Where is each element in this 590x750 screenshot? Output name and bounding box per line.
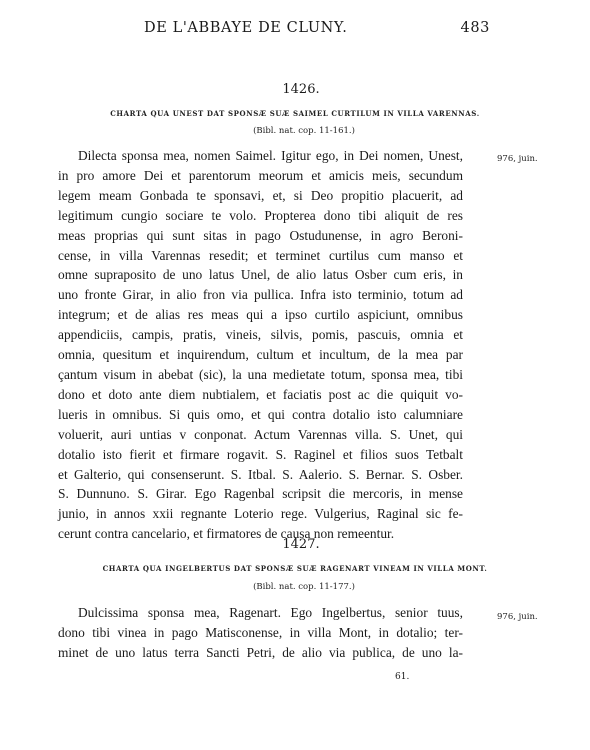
text-line: omnia, quesitum et inquirendum, cultum e… bbox=[58, 345, 463, 365]
charter-number: 1427. bbox=[0, 537, 590, 552]
text-line: cense, in villa Varennas resedit; et ter… bbox=[58, 246, 463, 266]
page-number: 483 bbox=[461, 20, 490, 36]
text-line: Dulcissima sponsa mea, Ragenart. Ego Ing… bbox=[58, 603, 463, 623]
text-line: meas proprias qui sunt sitas in pago Ost… bbox=[58, 226, 463, 246]
text-line: Dilecta sponsa mea, nomen Saimel. Igitur… bbox=[58, 146, 463, 166]
text-line: junio, in annos xxii regnante Loterio re… bbox=[58, 504, 463, 524]
text-line: omne supraposito de uno latus Unel, de a… bbox=[58, 265, 463, 285]
text-line: legem meam Gonbada te sponsavi, et, si D… bbox=[58, 186, 463, 206]
margin-date: 976, juin. bbox=[497, 612, 538, 622]
charter-title: CHARTA QUA INGELBERTUS DAT SPONSÆ SUÆ RA… bbox=[0, 564, 590, 573]
text-line: dono et doto ante diem nubtialem, et fac… bbox=[58, 385, 463, 405]
margin-date: 976, juin. bbox=[497, 154, 538, 164]
text-line: çantum visum in abebat (sic), la una med… bbox=[58, 365, 463, 385]
running-head-title: DE L'ABBAYE DE CLUNY. bbox=[144, 20, 347, 36]
text-line: S. Dunnuno. S. Girar. Ego Ragenbal scrip… bbox=[58, 484, 463, 504]
charter-body: Dilecta sponsa mea, nomen Saimel. Igitur… bbox=[58, 146, 463, 544]
signature-mark: 61. bbox=[395, 672, 409, 682]
book-page: DE L'ABBAYE DE CLUNY. 483 1426. CHARTA Q… bbox=[0, 0, 590, 750]
charter-source: (Bibl. nat. cop. 11-177.) bbox=[0, 582, 590, 592]
text-line: voluerit, auri untias v conponat. Actum … bbox=[58, 425, 463, 445]
text-line: in pro amore Dei et parentorum meorum et… bbox=[58, 166, 463, 186]
text-line: uno fronte Girar, in alio fron via pulli… bbox=[58, 285, 463, 305]
charter-source: (Bibl. nat. cop. 11-161.) bbox=[0, 126, 590, 136]
text-line: legitimum cungio sociare te volo. Propte… bbox=[58, 206, 463, 226]
charter-title: CHARTA QUA UNEST DAT SPONSÆ SUÆ SAIMEL C… bbox=[0, 109, 590, 118]
text-line: lueris in omnibus. Si quis omo, et qui c… bbox=[58, 405, 463, 425]
text-line: dono tibi vinea in pago Matisconense, in… bbox=[58, 623, 463, 643]
text-line: appendiciis, campis, pratis, vineis, sil… bbox=[58, 325, 463, 345]
text-line: integrum; et de alias res meas qui a ips… bbox=[58, 305, 463, 325]
charter-body: Dulcissima sponsa mea, Ragenart. Ego Ing… bbox=[58, 603, 463, 663]
charter-number: 1426. bbox=[0, 82, 590, 97]
text-line: dotalio isto fierit et firmare rogavit. … bbox=[58, 445, 463, 465]
text-line: minet de uno latus terra Sancti Petri, d… bbox=[58, 643, 463, 663]
text-line: et Galterio, qui consenserunt. S. Itbal.… bbox=[58, 465, 463, 485]
